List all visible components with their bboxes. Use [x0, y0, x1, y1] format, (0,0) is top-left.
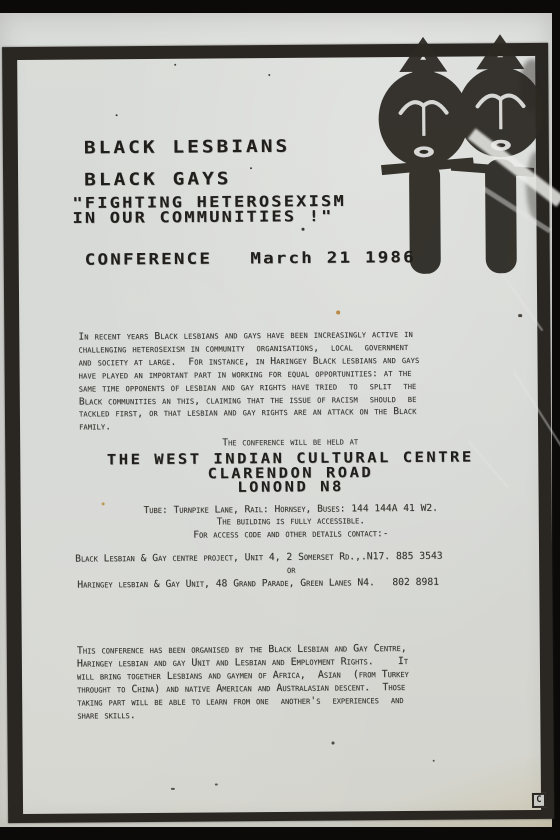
paper-speck: [268, 74, 270, 76]
tan-speck: [336, 310, 340, 314]
transport-details: Tube: Turnpike Lane, Rail: Hornsey, Buse…: [31, 501, 551, 543]
paper-speck: [332, 742, 335, 745]
paper-speck: [250, 167, 252, 169]
flyer-content: BLACK LESBIANS BLACK GAYS "FIGHTING HETE…: [0, 11, 555, 829]
paper-speck: [171, 788, 175, 790]
paper-speck: [433, 760, 435, 762]
tan-speck: [102, 502, 105, 505]
venue-name-block: THE WEST INDIAN CULTURAL CENTRE CLARENDO…: [30, 450, 550, 497]
paper-speck: [215, 783, 218, 785]
venue-name-line3: LONOND N8: [30, 478, 550, 496]
frame-corner-mark: C: [532, 793, 546, 808]
paper-speck: [174, 64, 176, 66]
flyer-paper: BLACK LESBIANS BLACK GAYS "FIGHTING HETE…: [0, 13, 552, 827]
closing-paragraph: This conference has been organised by th…: [77, 642, 522, 723]
paper-speck: [301, 228, 304, 231]
ink-speck: [518, 314, 522, 317]
venue-section: The conference will be held at THE WEST …: [27, 11, 551, 543]
paper-speck: [116, 114, 118, 116]
